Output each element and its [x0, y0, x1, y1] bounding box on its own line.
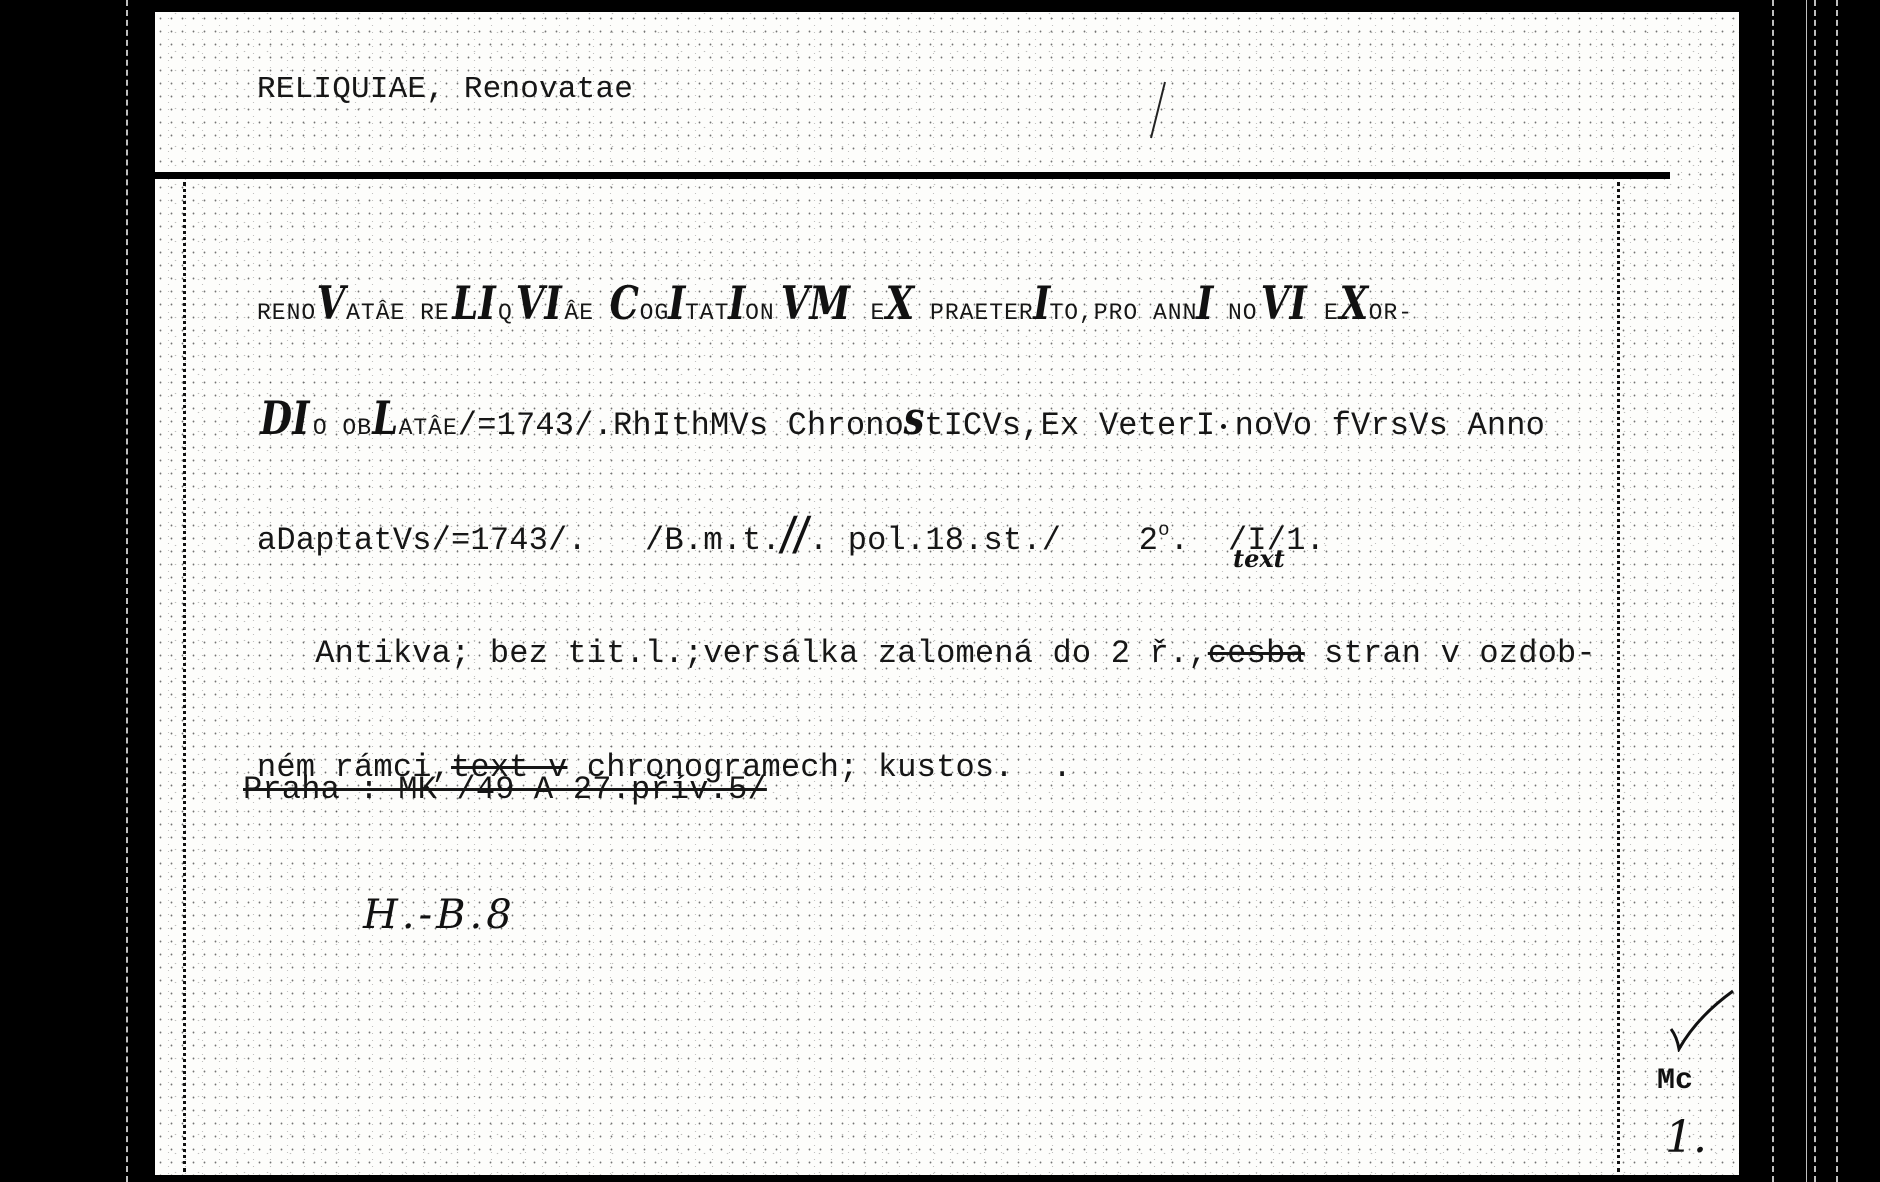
- handwritten-correction: L: [372, 395, 398, 441]
- typed-small-caps: E: [856, 300, 886, 326]
- handwritten-correction: I: [1033, 280, 1050, 326]
- card-heading: RELIQUIAE, Renovatae: [257, 74, 633, 105]
- typed-small-caps: TO,PRO ANN: [1049, 300, 1197, 326]
- scan-artifact-line: [126, 0, 128, 1182]
- typed-small-caps: E: [1309, 300, 1339, 326]
- handwritten-correction: s: [904, 395, 925, 441]
- handwritten-correction: LI: [452, 280, 495, 326]
- card-number: 1.: [1665, 1112, 1707, 1163]
- initials-mark: Mc: [1657, 1064, 1693, 1098]
- header-divider: [155, 172, 1670, 179]
- handwritten-insert: text: [1233, 544, 1285, 573]
- handwritten-correction: I: [668, 280, 685, 326]
- catalog-card: RELIQUIAE, Renovatae RENOVATÂE RELIQVIÂE…: [155, 12, 1739, 1175]
- left-margin-line: [183, 182, 186, 1172]
- typed-small-caps: Q: [498, 300, 513, 326]
- typed-small-caps: OR-: [1369, 300, 1413, 326]
- typed-small-caps: TAT: [685, 300, 729, 326]
- ink-dot: [1221, 424, 1226, 429]
- typed-small-caps: O OB: [313, 415, 372, 441]
- typed-small-caps: PRAETER: [915, 300, 1033, 326]
- scanned-card-viewer: RELIQUIAE, Renovatae RENOVATÂE RELIQVIÂE…: [0, 0, 1880, 1182]
- typed-small-caps: OG: [640, 300, 670, 326]
- right-margin-line: [1617, 182, 1620, 1172]
- scan-artifact-line: [1806, 0, 1807, 1182]
- typed-small-caps: ON: [745, 300, 775, 326]
- title-line-1: RENOVATÂE RELIQVIÂE COGITATIONVM EX PRAE…: [257, 280, 1545, 331]
- pencil-stroke-icon: [1143, 80, 1173, 140]
- handwritten-correction: VI: [516, 280, 562, 326]
- scan-artifact-line: [1836, 0, 1838, 1182]
- handwritten-correction: V: [317, 280, 346, 326]
- handwritten-correction: I: [1197, 280, 1214, 326]
- handwritten-correction: I: [729, 280, 746, 326]
- handwritten-correction: X: [886, 280, 915, 326]
- card-header: RELIQUIAE, Renovatae: [155, 12, 1670, 174]
- title-transcription: RENOVATÂE RELIQVIÂE COGITATIONVM EX PRAE…: [257, 216, 1545, 625]
- typed-text: aDaptatVs/=1743/. /B.m.t.: [257, 522, 781, 559]
- handwritten-shelfmark: H.-B.8: [363, 892, 516, 938]
- typed-text: tICVs,Ex VeterI noVo fVrsVs Anno: [924, 407, 1545, 444]
- typed-small-caps: NO: [1213, 300, 1257, 326]
- scan-artifact-line: [1772, 0, 1774, 1182]
- typed-small-caps: RENO: [257, 300, 316, 326]
- crossed-out-location: Praha : MK /49 A 27.přív.5/: [243, 774, 767, 806]
- typed-small-caps: ATÂE RE: [346, 300, 450, 326]
- scan-artifact-line: [1814, 0, 1816, 1182]
- title-line-3: aDaptatVs/=1743/. /B.m.t.//. pol.18.st./…: [257, 510, 1545, 561]
- title-line-2: DIO OBLATÂE/=1743/.RhIthMVs ChronostICVs…: [257, 395, 1545, 446]
- handwritten-correction: X: [1339, 280, 1368, 326]
- physical-description: Antikva; bez tit.l.;versálka zalomená do…: [257, 574, 1596, 866]
- check-mark-icon: [1667, 987, 1737, 1052]
- typed-small-caps: ÂE: [564, 300, 608, 326]
- description-line-1: Antikva; bez tit.l.;versálka zalomená do…: [257, 638, 1596, 688]
- struck-word: cesba: [1208, 635, 1305, 672]
- handwritten-correction: DI: [260, 395, 309, 441]
- handwritten-correction: VI: [1260, 280, 1306, 326]
- typed-text: /=1743/.RhIthMVs Chrono: [458, 407, 904, 444]
- typed-small-caps: ATÂE: [399, 415, 458, 441]
- superscript: o: [1158, 519, 1170, 541]
- handwritten-correction: VM: [780, 280, 850, 326]
- typed-text: . pol.18.st./ 2: [809, 522, 1158, 559]
- handwritten-correction: C: [610, 280, 639, 326]
- handwritten-correction: //: [781, 510, 808, 556]
